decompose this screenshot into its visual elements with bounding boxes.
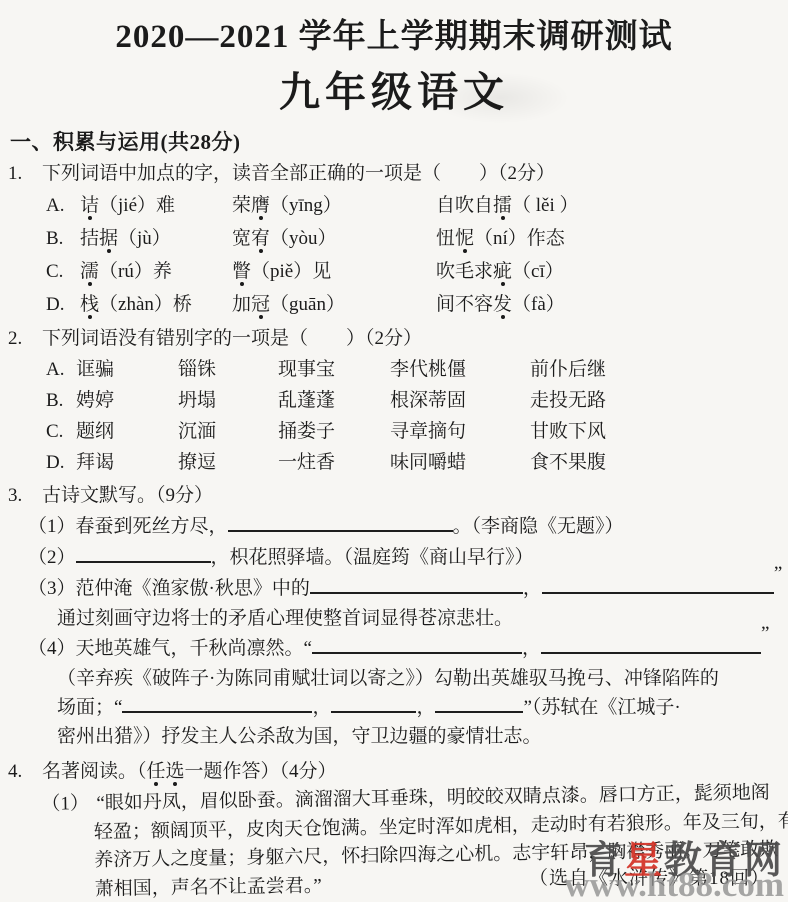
q3-l4-pre: （4）天地英雄气，千秋尚凛然。“ [28,638,312,659]
q1-option-a: A. 诘（jié）难 荣膺（yīng） 自吹自擂（ lěi ） [46,189,788,222]
emphasis-dotted-char: 据 [99,228,118,249]
q3-blank-line-2: （2），枳花照驿墙。（温庭筠《商山早行》） [28,542,788,573]
answer-blank [331,696,416,713]
emphasis-dotted-char: 怩 [455,228,474,249]
emphasis-dotted-char: 瞥 [232,261,251,282]
q3-l4c2-post: ”（苏轼在《江城子· [523,697,680,718]
q1-c-word2: 瞥（piě）见 [232,255,436,288]
emphasis-dotted-char: 疵 [493,261,512,282]
emphasis-dotted-char: 膺 [251,195,270,216]
question-2-number: 2. [8,323,42,354]
question-3-stem: 3. 古诗文默写。（9分） [8,480,788,511]
q2-a-word3: 现事宝 [278,354,390,385]
q2-a-word4: 李代桃僵 [390,354,530,385]
q4-item-label: （1） [41,790,96,819]
q2-option-b: B. 娉婷 坍塌 乱蓬蓬 根深蒂固 走投无路 [46,385,788,416]
q2-a-word5: 前仆后继 [530,354,788,385]
q2-option-d: D. 拜谒 撩逗 一炷香 味同嚼蜡 食不果腹 [46,447,788,478]
q2-c-word4: 寻章摘句 [390,416,530,447]
scan-smudge-artifact [430,72,570,124]
q3-blank-line-1: （1）春蚕到死丝方尽，。（李商隐《无题》） [28,511,788,542]
q1-a-word1: 诘（jié）难 [80,189,232,222]
emphasis-dotted-char: 濡 [80,261,99,282]
question-4-number: 4. [8,756,42,787]
q2-b-word3: 乱蓬蓬 [278,385,390,416]
option-label: D. [46,447,76,478]
option-label: A. [46,189,80,222]
q3-l4c2-comma2: ， [416,697,435,718]
question-3-number: 3. [8,480,42,511]
q2-b-word4: 根深蒂固 [390,385,530,416]
q3-l4-endquote: ” [761,623,769,644]
q2-d-word3: 一炷香 [278,447,390,478]
answer-blank [435,696,523,713]
q3-l3-pre: （3）范仲淹《渔家傲·秋思》中的 [28,578,310,599]
emphasis-dotted-char: 发 [493,294,512,315]
q3-l3-comma: ， [523,578,542,599]
q3-line-3-continuation: 通过刻画守边将士的矛盾心理使整首词显得苍凉悲壮。 [57,604,788,633]
q1-b-word2: 宽宥（yòu） [232,222,436,255]
page-subtitle: 九年级语文 [0,59,788,118]
q2-d-word4: 味同嚼蜡 [390,447,530,478]
question-1-stem: 1. 下列词语中加点的字，读音全部正确的一项是（ ）（2分） [8,158,788,189]
question-2-stem: 2. 下列词语没有错别字的一项是（ ）（2分） [8,323,788,354]
q3-l4c2-comma1: ， [312,697,331,718]
answer-blank [542,577,774,594]
emphasis-dotted-char: 诘 [80,195,99,216]
answer-blank [122,696,312,713]
q2-c-word5: 甘败下风 [530,416,788,447]
q2-b-word2: 坍塌 [178,385,278,416]
q3-l4-comma: ， [522,638,541,659]
q3-l4c2-pre: 场面；“ [57,697,122,718]
q1-d-word2: 加冠（guān） [232,288,436,321]
q2-d-word1: 拜谒 [76,447,178,478]
q3-line-4-continuation-1: （辛弃疾《破阵子·为陈同甫赋壮词以寄之》）勾勒出英雄驭马挽弓、冲锋陷阵的 [57,664,788,693]
q4-excerpt-source: （选自《水浒传》第18回） [529,863,770,890]
q2-d-word5: 食不果腹 [530,447,788,478]
option-label: C. [46,416,76,447]
question-1-text: 下列词语中加点的字，读音全部正确的一项是（ ）（2分） [42,158,788,189]
q1-a-word3: 自吹自擂（ lěi ） [436,189,788,222]
q1-c-word3: 吹毛求疵（cī） [436,255,788,288]
option-label: B. [46,222,80,255]
option-label: D. [46,288,80,321]
option-label: A. [46,354,76,385]
q3-l1-pre: （1）春蚕到死丝方尽， [28,516,228,537]
option-label: C. [46,255,80,288]
q1-option-b: B. 拮据（jù） 宽宥（yòu） 忸怩（ní）作态 [46,222,788,255]
exam-paper-page: 2020—2021 学年上学期期末调研测试 九年级语文 一、积累与运用(共28分… [0,0,788,902]
section-heading: 一、积累与运用(共28分) [10,126,788,156]
q3-l2-pre: （2） [28,547,76,568]
emphasis-dotted-char: 冠 [251,294,270,315]
q1-a-word2: 荣膺（yīng） [232,189,436,222]
emphasis-dotted-char: 栈 [80,294,99,315]
q3-line-4-continuation-3: 密州出猎》）抒发主人公杀敌为国，守卫边疆的豪情壮志。 [57,722,788,751]
emphasis-dotted-char: 擂 [493,195,512,216]
page-title: 2020—2021 学年上学期期末调研测试 [0,10,788,57]
q2-a-word2: 锱铢 [178,354,278,385]
q2-b-word5: 走投无路 [530,385,788,416]
q3-l1-post: 。（李商隐《无题》） [453,516,624,537]
question-2-text: 下列词语没有错别字的一项是（ ）（2分） [42,323,788,354]
q2-b-word1: 娉婷 [76,385,178,416]
q3-blank-line-4: （4）天地英雄气，千秋尚凛然。“，” [28,633,788,664]
q2-a-word1: 诓骗 [76,354,178,385]
emphasis-dotted-char: 选 [166,761,185,782]
q1-c-word1: 濡（rú）养 [80,255,232,288]
q3-blank-line-3: （3）范仲淹《渔家傲·秋思》中的，” [28,573,788,604]
q1-option-c: C. 濡（rú）养 瞥（piě）见 吹毛求疵（cī） [46,255,788,288]
q3-l2-post: ，枳花照驿墙。（温庭筠《商山早行》） [211,547,534,568]
q2-c-word1: 题纲 [76,416,178,447]
emphasis-dotted-char: 任 [147,761,166,782]
q3-line-4-continuation-2: 场面；“，，”（苏轼在《江城子· [57,693,788,722]
q1-d-word3: 间不容发（fà） [436,288,788,321]
q1-d-word1: 栈（zhàn）桥 [80,288,232,321]
answer-blank [228,515,453,532]
question-3-text: 古诗文默写。（9分） [42,480,788,511]
answer-blank [310,577,523,594]
option-label: B. [46,385,76,416]
q2-d-word2: 撩逗 [178,447,278,478]
answer-blank [312,637,522,654]
answer-blank [76,546,211,563]
q1-b-word3: 忸怩（ní）作态 [436,222,788,255]
q2-c-word2: 沉湎 [178,416,278,447]
question-1-number: 1. [8,158,42,189]
q1-option-d: D. 栈（zhàn）桥 加冠（guān） 间不容发（fà） [46,288,788,321]
answer-blank [541,637,761,654]
q3-l3-endquote: ” [774,563,782,584]
emphasis-dotted-char: 宥 [251,228,270,249]
q1-b-word1: 拮据（jù） [80,222,232,255]
q2-option-a: A. 诓骗 锱铢 现事宝 李代桃僵 前仆后继 [46,354,788,385]
q2-c-word3: 捅娄子 [278,416,390,447]
q2-option-c: C. 题纲 沉湎 捅娄子 寻章摘句 甘败下风 [46,416,788,447]
